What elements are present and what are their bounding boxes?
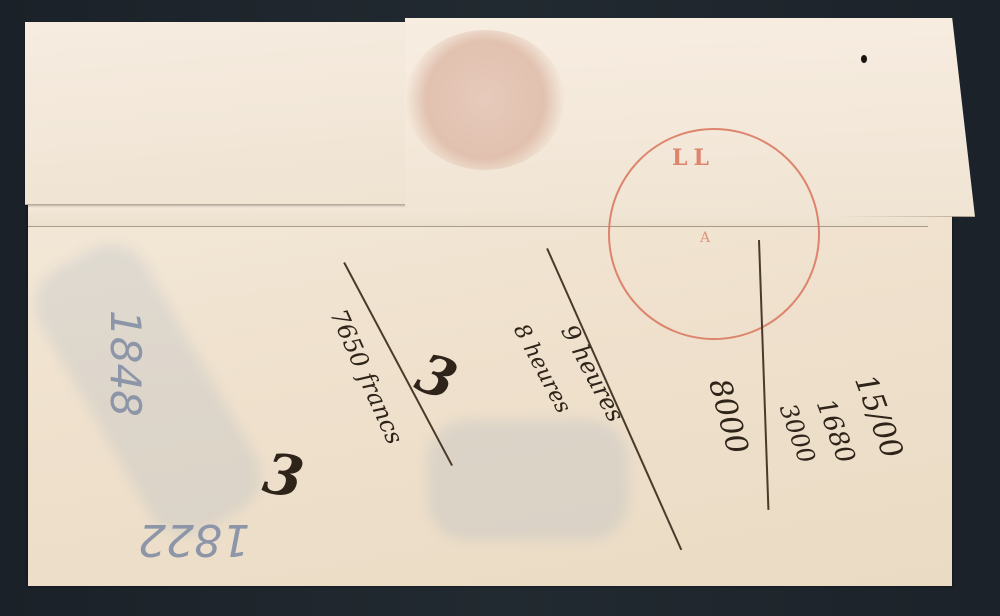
postmark-middle-text: A [700,230,713,246]
postmark-top-text: LL [672,145,715,171]
folded-flap-left [25,22,415,205]
ink-dot [861,55,867,63]
pencil-year-1848: 1848 [101,310,150,417]
wax-seal-remnant [405,30,565,170]
pencil-smudge [428,420,628,540]
pencil-year-1822: 1822 [138,514,250,565]
